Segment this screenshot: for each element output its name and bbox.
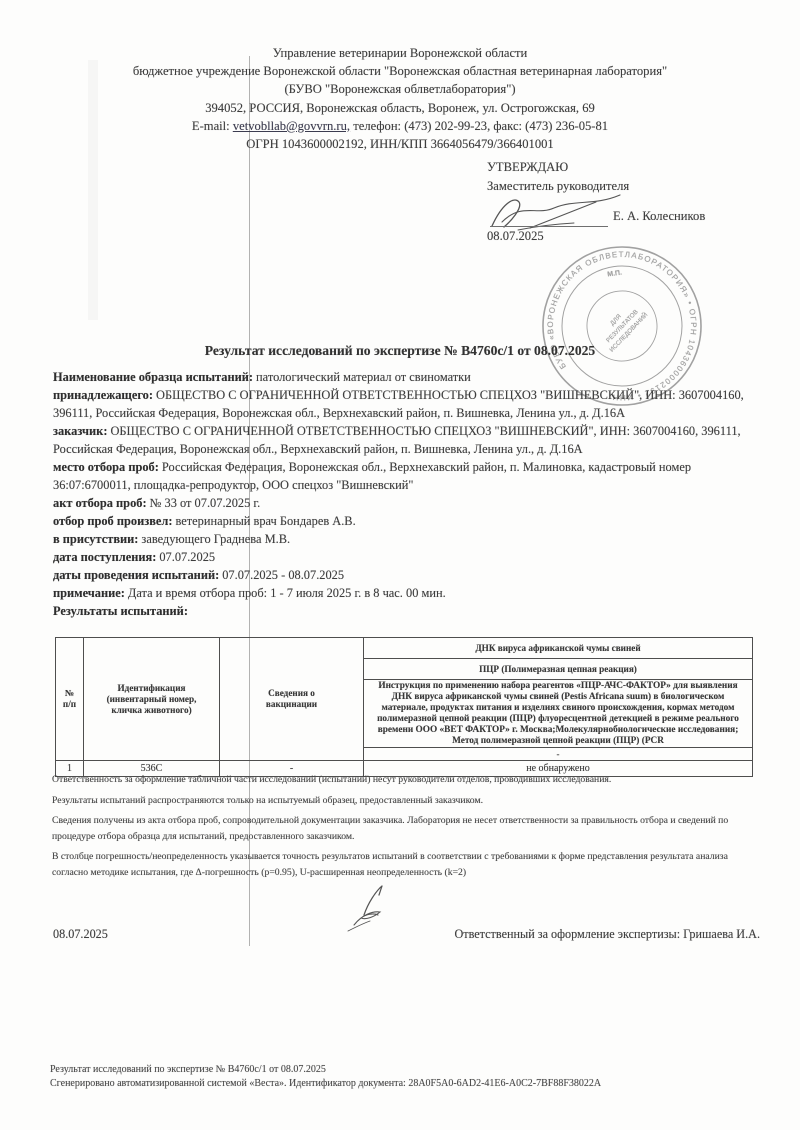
bottom-document-id: Сгенерировано автоматизированной системо… xyxy=(50,1077,750,1091)
footnote-2: Результаты испытаний распространяются то… xyxy=(52,793,758,809)
footer-responsible: Ответственный за оформление экспертизы: … xyxy=(454,927,760,942)
org-header: Управление ветеринарии Воронежской облас… xyxy=(40,44,760,153)
detail-test-dates: даты проведения испытаний:07.07.2025 - 0… xyxy=(53,566,755,584)
detail-customer: заказчик:ОБЩЕСТВО С ОГРАНИЧЕННОЙ ОТВЕТСТ… xyxy=(53,422,755,458)
org-name: бюджетное учреждение Воронежской области… xyxy=(40,62,760,80)
results-heading: Результаты испытаний: xyxy=(53,602,755,620)
detail-sample-name: Наименование образца испытаний:патологич… xyxy=(53,368,755,386)
footnotes: Ответственность за оформление табличной … xyxy=(52,772,758,886)
email-link[interactable]: vetvobllab@govvrn.ru, xyxy=(233,119,350,133)
detail-sampled-by: отбор проб произвел:ветеринарный врач Бо… xyxy=(53,512,755,530)
detail-receipt-date: дата поступления:07.07.2025 xyxy=(53,548,755,566)
org-address: 394052, РОССИЯ, Воронежская область, Вор… xyxy=(40,99,760,117)
email-label: E-mail: xyxy=(192,119,230,133)
results-table: № п/п Идентификация (инвентарный номер, … xyxy=(55,637,753,777)
page-title: Результат исследований по экспертизе № В… xyxy=(40,343,760,359)
detail-in-presence: в присутствии:заведующего Граднева М.В. xyxy=(53,530,755,548)
col-header-num: № п/п xyxy=(56,638,84,761)
footer-date: 08.07.2025 xyxy=(53,927,108,942)
phone-fax: телефон: (473) 202-99-23, факс: (473) 23… xyxy=(353,119,608,133)
approval-date: 08.07.2025 xyxy=(487,229,544,244)
bottom-system-block: Результат исследований по экспертизе № В… xyxy=(50,1063,750,1091)
result-header-instruction: Инструкция по применению набора реагенто… xyxy=(364,680,753,748)
sample-details: Наименование образца испытаний:патологич… xyxy=(53,368,755,620)
detail-note: примечание:Дата и время отбора проб: 1 -… xyxy=(53,584,755,602)
footnote-4: В столбце погрешность/неопределенность у… xyxy=(52,849,758,880)
col-header-vaccination: Сведения о вакцинации xyxy=(220,638,364,761)
result-header-dash: - xyxy=(364,748,753,761)
detail-sampling-place: место отбора проб:Российская Федерация, … xyxy=(53,458,755,494)
scanned-document-page: Управление ветеринарии Воронежской облас… xyxy=(0,0,800,1130)
result-header-method: ПЦР (Полимеразная цепная реакция) xyxy=(364,659,753,680)
org-contacts: E-mail: vetvobllab@govvrn.ru, телефон: (… xyxy=(40,117,760,135)
footnote-1: Ответственность за оформление табличной … xyxy=(52,772,758,788)
approval-title: УТВЕРЖДАЮ xyxy=(487,160,568,175)
bottom-expertise-ref: Результат исследований по экспертизе № В… xyxy=(50,1063,750,1077)
result-header-analyte: ДНК вируса африканской чумы свиней xyxy=(364,638,753,659)
col-header-identification: Идентификация (инвентарный номер, кличка… xyxy=(84,638,220,761)
detail-sampling-act: акт отбора проб:№ 33 от 07.07.2025 г. xyxy=(53,494,755,512)
signature-underline xyxy=(490,226,608,227)
org-authority: Управление ветеринарии Воронежской облас… xyxy=(40,44,760,62)
detail-owner: принадлежащего:ОБЩЕСТВО С ОГРАНИЧЕННОЙ О… xyxy=(53,386,755,422)
approver-name: Е. А. Колесников xyxy=(613,209,705,224)
org-short-name: (БУВО "Воронежская облветлаборатория") xyxy=(40,80,760,98)
stamp-mp-label: М.П. xyxy=(607,270,623,279)
footnote-3: Сведения получены из акта отбора проб, с… xyxy=(52,813,758,844)
org-ogrn-inn: ОГРН 1043600002192, ИНН/КПП 3664056479/3… xyxy=(40,135,760,153)
responsible-signature xyxy=(342,881,412,933)
